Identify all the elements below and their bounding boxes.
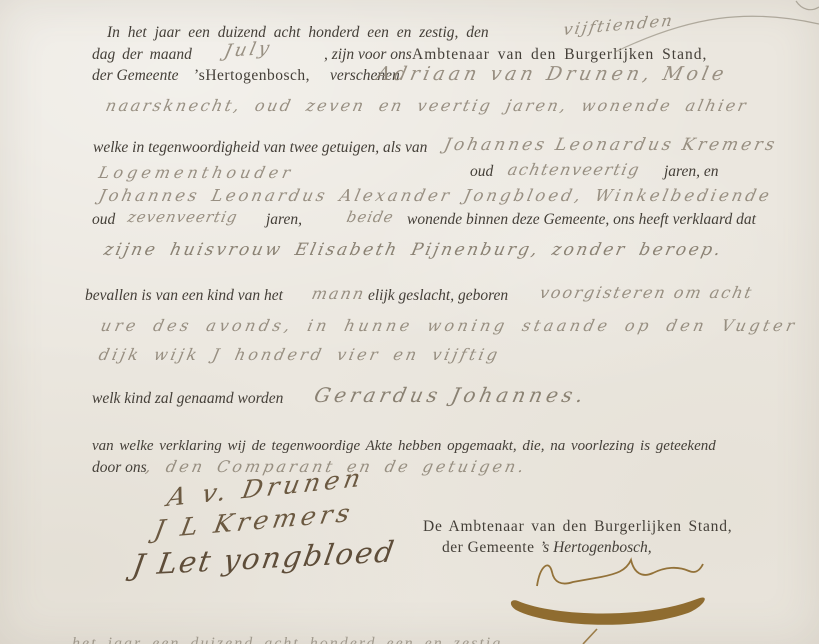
act-line8-printed-b: jaren, [266, 211, 302, 230]
registrar-title-line2b: ’s Hertogenbosch, [540, 539, 652, 558]
written-witness1-name: Johannes Leonardus Kremers [442, 135, 779, 155]
registrar-title-line2a: der Gemeente [442, 539, 535, 558]
signature-witness-jongbloed: J Let yongbloed [130, 536, 398, 581]
official-signature-flourish [511, 597, 705, 624]
written-birth-time-b: ure des avonds, in hunne woning staande … [99, 316, 799, 335]
written-witness1-age: achtenveertig [506, 160, 642, 179]
act-line10-printed-b: elijk geslacht, geboren [368, 287, 508, 306]
act-line14-printed: van welke verklaring wij de tegenwoordig… [92, 437, 716, 455]
act-line6-printed-a: oud [470, 163, 493, 182]
stray-pen-stroke-corner [796, 1, 819, 10]
next-act-cutoff-line: het jaar een duizend acht honderd een en… [72, 635, 632, 644]
written-child-name: Gerardus Johannes. [312, 383, 589, 407]
scanned-birth-record: In het jaar een duizend acht honderd een… [0, 0, 819, 644]
written-declarant-details: naarsknecht, oud zeven en veertig jaren,… [104, 96, 750, 115]
written-day: vijftienden [562, 11, 675, 40]
act-line5-printed: welke in tegenwoordigheid van twee getui… [93, 139, 427, 158]
act-line2-printed-c: Ambtenaar van den Burgerlijken Stand, [412, 46, 707, 65]
act-line8-printed-c: wonende binnen deze Gemeente, ons heeft … [407, 211, 756, 230]
written-month: July [222, 38, 274, 63]
act-line3-printed-a: der Gemeente [92, 67, 179, 86]
act-line1-printed: In het jaar een duizend acht honderd een… [107, 24, 489, 43]
written-declarant-name: Adriaan van Drunen, Mole [374, 63, 730, 86]
written-witness1-occupation: Logementhouder [97, 163, 296, 182]
act-line13-printed: welk kind zal genaamd worden [92, 390, 283, 409]
written-witness2-name: Johannes Leonardus Alexander Jongbloed, … [97, 186, 774, 206]
official-signature [537, 560, 703, 586]
written-both: beide [345, 208, 396, 226]
written-address: dijk wijk J honderd vier en vijftig [97, 345, 502, 364]
act-line3-printed-b: ’sHertogenbosch, [194, 67, 310, 86]
act-line10-printed-a: bevallen is van een kind van het [85, 287, 283, 306]
act-line2-printed-a: dag der maand [92, 46, 192, 65]
registrar-title-line1: De Ambtenaar van den Burgerlijken Stand, [423, 518, 732, 537]
written-birth-time-a: voorgisteren om acht [538, 283, 755, 302]
written-witness2-age: zevenveertig [126, 208, 239, 226]
next-act-cutoff-text: het jaar een duizend acht honderd een en… [72, 635, 502, 644]
act-line6-printed-b: jaren, en [664, 163, 719, 182]
written-sex: mann [310, 284, 367, 303]
written-mother-name: zijne huisvrouw Elisabeth Pijnenburg, zo… [102, 240, 725, 260]
act-line8-printed-a: oud [92, 211, 115, 230]
act-line2-printed-b: , zijn voor ons [324, 46, 412, 65]
act-line15-printed: door ons [92, 459, 147, 478]
